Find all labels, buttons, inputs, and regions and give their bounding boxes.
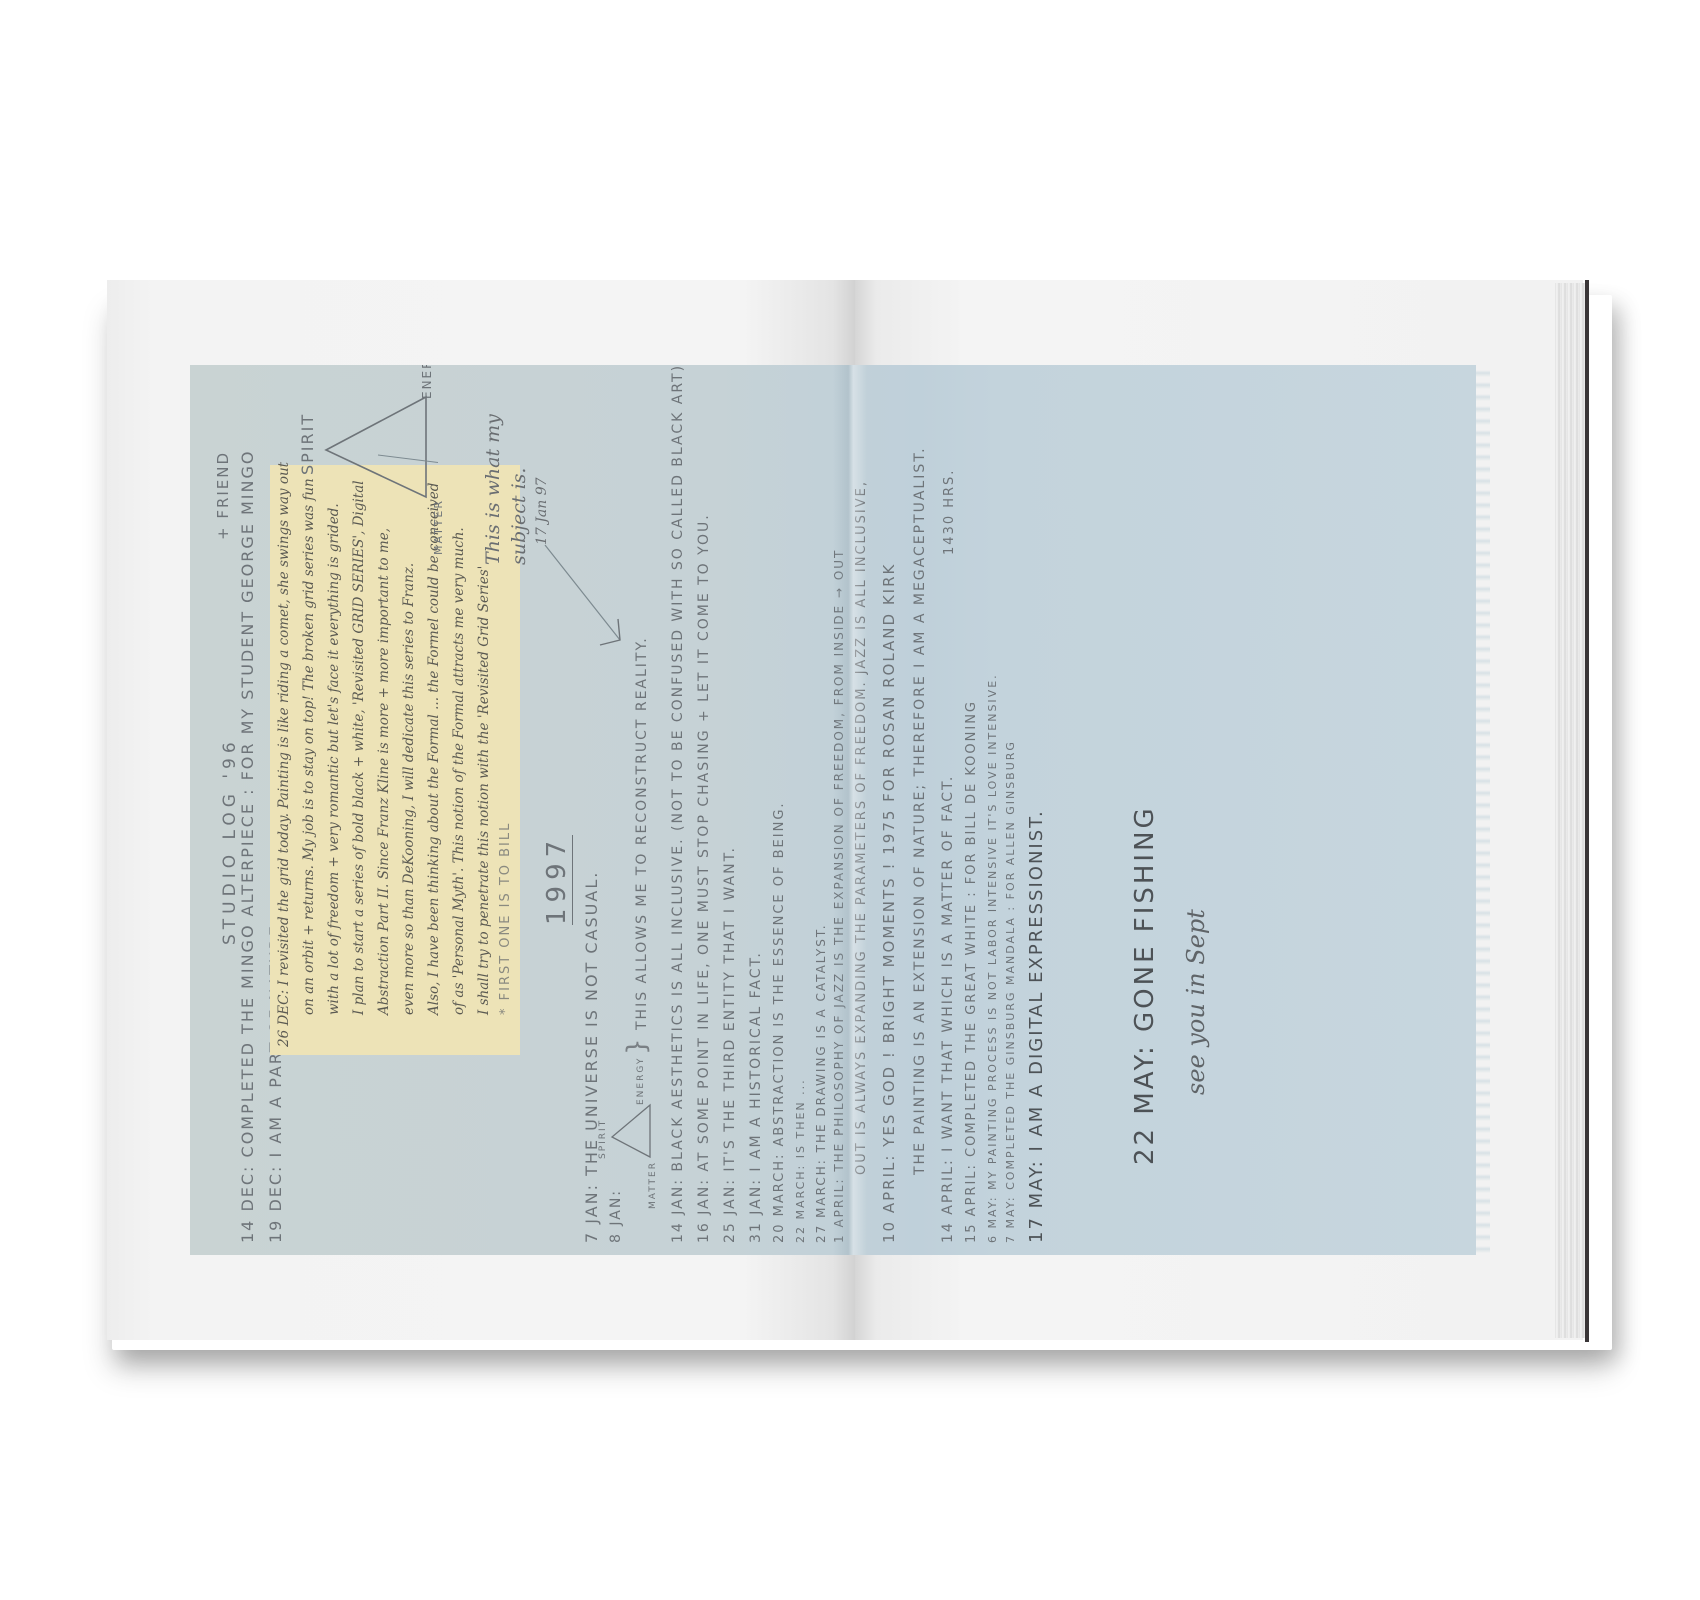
note-line: of as 'Personal Myth'. This notion of th… [451,527,467,1015]
log-entry: 31 JAN: I AM A HISTORICAL FACT. [748,951,764,1243]
brace-icon: } [622,1038,652,1055]
small-triangle-diagram-icon [606,1085,656,1165]
log-entry: 8 JAN: [608,1189,624,1243]
book-cover-edge [1585,280,1589,1342]
log-entry: 27 MARCH: THE DRAWING IS A CATALYST. [814,923,828,1243]
torn-paper-edge [1476,365,1490,1255]
gone-fishing-entry: 22 MAY: GONE FISHING [1130,805,1160,1165]
small-diagram-spirit: SPIRIT [598,1119,608,1159]
friend-insert: + FRIEND [214,451,232,540]
log-entry: THIS ALLOWS ME TO RECONSTRUCT REALITY. [634,636,650,1030]
log-entry: 14 APRIL: I WANT THAT WHICH IS A MATTER … [940,775,956,1243]
note-line: I plan to start a series of bold black +… [351,480,367,1015]
note-line: I shall try to penetrate this notion wit… [476,566,492,1015]
note-line: with a lot of freedom + very romantic bu… [326,503,342,1015]
arrow-icon [540,535,630,655]
note-line: on an orbit + returns. My job is to stay… [301,478,317,1015]
diagram-spirit-label: SPIRIT [298,413,317,475]
see-you-note: see you in Sept [1182,909,1210,1095]
log-entry: 7 JAN: THE UNIVERSE IS NOT CASUAL. [582,871,601,1243]
year-heading: 1997 [542,835,573,925]
diagram-matter-label: MATTER [432,499,445,555]
log-entry: 20 MARCH: ABSTRACTION IS THE ESSENCE OF … [772,801,787,1243]
log-title: STUDIO LOG '96 [220,737,240,945]
rotated-handwriting-final: 22 MAY: GONE FISHING see you in Sept [1130,365,1490,1255]
margin-note-2: subject is. [508,468,530,565]
entry-14-dec: 14 DEC: COMPLETED THE MINGO ALTERPIECE :… [238,450,257,1243]
log-entry: 6 MAY: MY PAINTING PROCESS IS NOT LABOR … [986,673,999,1243]
log-entry: 22 MARCH: IS THEN ... [794,1078,807,1243]
note-line: even more so than DeKooning, I will dedi… [401,563,417,1015]
log-entry: THE PAINTING IS AN EXTENSION OF NATURE; … [912,446,928,1175]
log-entry: 14 JAN: BLACK AESTHETICS IS ALL INCLUSIV… [670,365,686,1243]
note-line: * FIRST ONE IS TO BILL [498,822,513,1015]
log-entry: 16 JAN: AT SOME POINT IN LIFE, ONE MUST … [696,513,712,1243]
note-line: Abstraction Part II. Since Franz Kline i… [376,528,392,1015]
note-line: 26 DEC: I revisited the grid today. Pain… [276,462,292,1047]
log-entry: 25 JAN: IT'S THE THIRD ENTITY THAT I WAN… [722,846,738,1243]
log-entry: 17 MAY: I AM A DIGITAL EXPRESSIONIST. [1026,809,1047,1243]
margin-note-1: This is what my [482,414,504,565]
diagram-energy-label: ENERGY [420,365,434,399]
log-entry: 10 APRIL: YES GOD ! BRIGHT MOMENTS ! 197… [880,563,898,1243]
note-line: Also, I have been thinking about the For… [426,483,442,1015]
log-entry: 15 APRIL: COMPLETED THE GREAT WHITE : FO… [964,700,979,1243]
book-page-edges [1555,283,1585,1338]
small-diagram-matter: MATTER [648,1161,658,1209]
small-diagram-energy: ENERGY [636,1057,646,1105]
triangle-diagram-icon [318,385,438,505]
spine-fold [833,365,867,1255]
time-note: 1430 HRS. [942,469,957,555]
studio-log-sheet: STUDIO LOG '96 + FRIEND 14 DEC: COMPLETE… [190,365,1490,1255]
log-entry: 7 MAY: COMPLETED THE GINSBURG MANDALA : … [1004,740,1017,1243]
